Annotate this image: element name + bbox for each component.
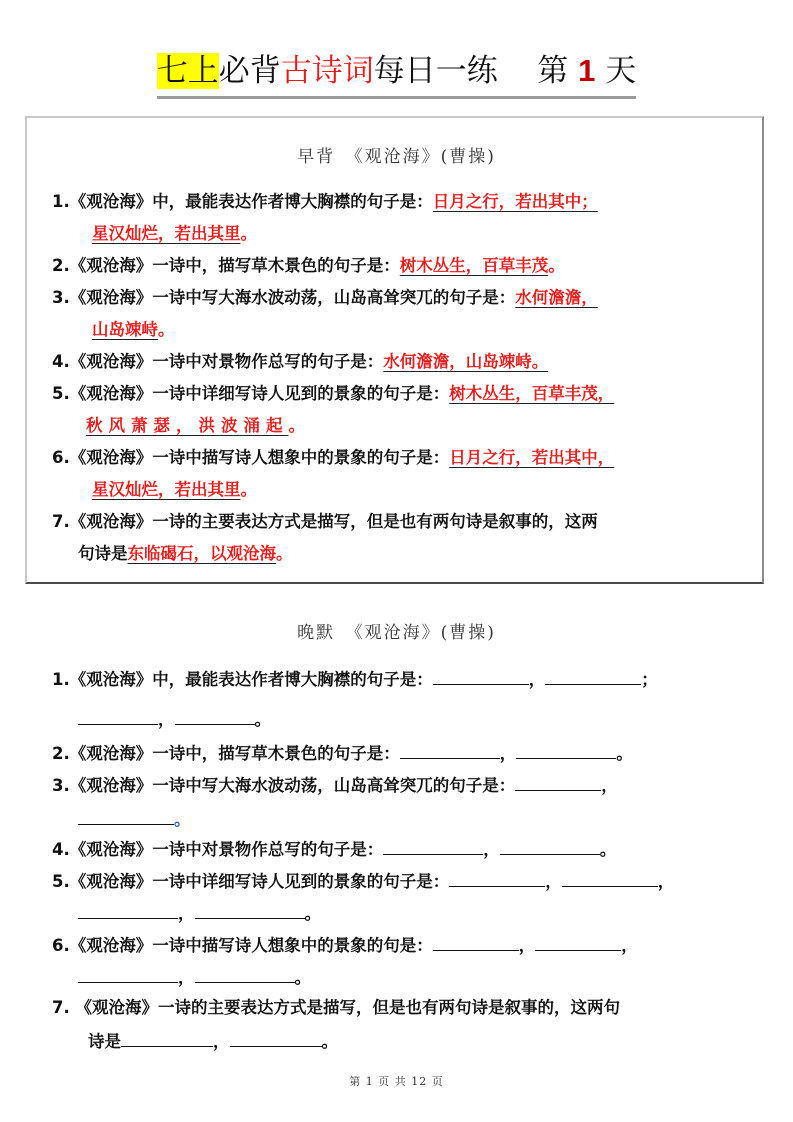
- evening-q5: 5.《观沧海》一诗中详细写诗人见到的景象的句子是：，，: [52, 868, 745, 894]
- evening-q7: 7. 《观沧海》一诗的主要表达方式是描写，但是也有两句诗是叙事的，这两句: [52, 996, 745, 1020]
- morning-heading: 早背 《观沧海》(曹操): [0, 142, 793, 167]
- morning-q3: 3.《观沧海》一诗中写大海水波动荡，山岛高耸突兀的句子是：水何澹澹，: [52, 286, 745, 310]
- evening-q1: 1.《观沧海》中，最能表达作者博大胸襟的句子是：，；: [52, 666, 745, 692]
- evening-heading: 晚默 《观沧海》(曹操): [0, 618, 793, 643]
- answer-blank[interactable]: [433, 666, 529, 685]
- morning-q5: 5.《观沧海》一诗中详细写诗人见到的景象的句子是：树木丛生，百草丰茂，: [52, 382, 745, 406]
- page-title: 七上必背古诗词每日一练 第 1 天: [0, 48, 793, 99]
- day-number: 1: [578, 53, 595, 88]
- answer-blank[interactable]: [78, 806, 174, 825]
- answer-blank[interactable]: [562, 868, 658, 887]
- answer-blank[interactable]: [449, 868, 545, 887]
- evening-q6: 6.《观沧海》一诗中描写诗人想象中的景象的句是：，，: [52, 932, 745, 958]
- answer-blank[interactable]: [78, 706, 158, 725]
- answer-blank[interactable]: [383, 836, 483, 855]
- answer-blank[interactable]: [175, 706, 255, 725]
- answer-blank[interactable]: [230, 1028, 322, 1047]
- morning-q6: 6.《观沧海》一诗中描写诗人想象中的景象的句子是：日月之行，若出其中，: [52, 446, 745, 470]
- answer-blank[interactable]: [78, 900, 178, 919]
- answer-blank[interactable]: [545, 666, 641, 685]
- morning-q7: 7.《观沧海》一诗的主要表达方式是描写，但是也有两句诗是叙事的，这两: [52, 510, 745, 534]
- morning-q2: 2.《观沧海》一诗中，描写草木景色的句子是：树木丛生，百草丰茂。: [52, 254, 745, 278]
- answer-blank[interactable]: [433, 932, 519, 951]
- morning-q4: 4.《观沧海》一诗中对景物作总写的句子是：水何澹澹，山岛竦峙。: [52, 350, 745, 374]
- answer-blank[interactable]: [121, 1028, 213, 1047]
- page-footer: 第 1 页 共 12 页: [0, 1073, 793, 1089]
- evening-q2: 2.《观沧海》一诗中，描写草木景色的句子是：，。: [52, 740, 745, 766]
- title-accent: 古诗词: [281, 53, 374, 89]
- title-grade: 七上: [157, 53, 219, 89]
- answer-blank[interactable]: [500, 836, 600, 855]
- answer-blank[interactable]: [400, 740, 500, 759]
- evening-q3: 3.《观沧海》一诗中写大海水波动荡，山岛高耸突兀的句子是：，: [52, 772, 745, 798]
- morning-q1: 1.《观沧海》中，最能表达作者博大胸襟的句子是：日月之行，若出其中；: [52, 190, 745, 214]
- answer-blank[interactable]: [535, 932, 621, 951]
- answer-blank[interactable]: [516, 740, 616, 759]
- answer-blank[interactable]: [515, 772, 601, 791]
- answer-blank[interactable]: [195, 964, 295, 983]
- answer-blank[interactable]: [78, 964, 178, 983]
- answer-blank[interactable]: [195, 900, 305, 919]
- evening-q4: 4.《观沧海》一诗中对景物作总写的句子是：，。: [52, 836, 745, 862]
